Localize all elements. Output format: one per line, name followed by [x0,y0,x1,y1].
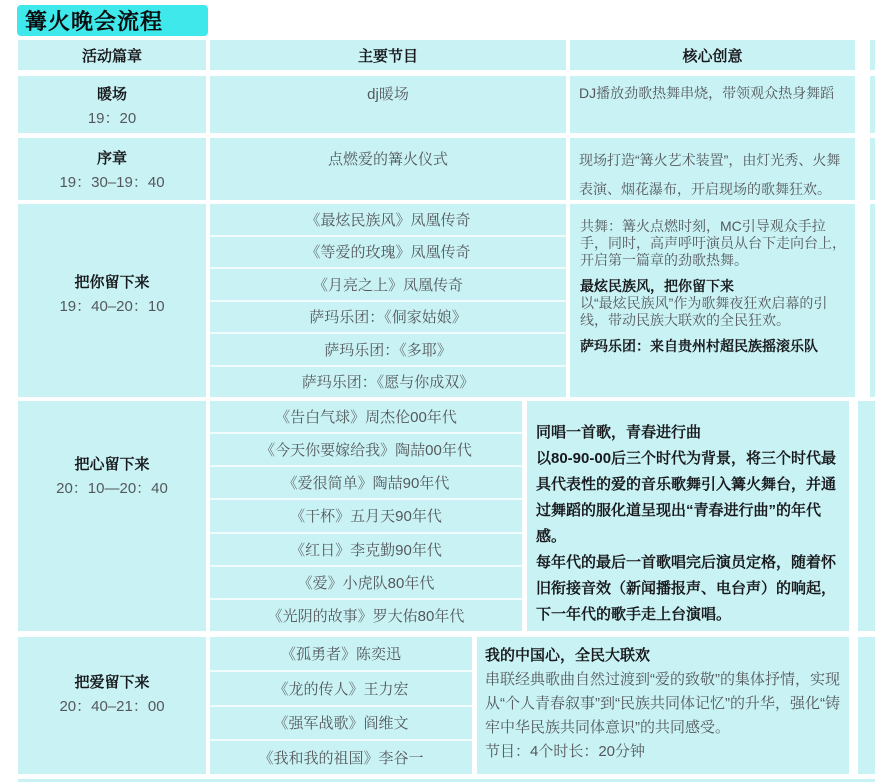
creative-paragraph: 现场打造“篝火艺术装置”，由灯光秀、火舞表演、烟花瀑布，开启现场的歌舞狂欢。 [579,146,849,200]
chapter-name: 把你留下来 [74,271,149,292]
table-edge-sliver [870,76,875,133]
section-row-keep-you: 把你留下来 19：40–20：10 《最炫民族风》凤凰传奇 《等爱的玫瑰》凤凰传… [18,204,875,397]
table-edge-sliver [870,40,875,70]
creative-cell: 我的中国心，全民大联欢 串联经典歌曲自然过渡到“爱的致敬”的集体抒情，实现从“个… [477,637,849,774]
programs-cell: dj暖场 [210,76,566,133]
programs-cell: 《最炫民族风》凤凰传奇 《等爱的玫瑰》凤凰传奇 《月亮之上》凤凰传奇 萨玛乐团：… [210,204,566,397]
program-item: 点燃爱的篝火仪式 [210,138,566,200]
chapter-time: 19：20 [88,107,136,128]
chapter-time: 19：30–19：40 [59,171,164,192]
chapter-cell: 暖场 19：20 [18,76,206,133]
programs-cell: 《告白气球》周杰伦00年代 《今天你要嫁给我》陶喆00年代 《爱很简单》陶喆90… [210,401,522,631]
table-edge-sliver [858,401,875,631]
program-item: 《爱》小虎队80年代 [210,567,522,600]
program-item: 《爱很简单》陶喆90年代 [210,467,522,500]
chapter-time: 19：40–20：10 [59,295,164,316]
chapter-time: 20：10—20：40 [56,477,168,498]
creative-paragraph: 以80-90-00后三个时代为背景，将三个时代最具代表性的爱的音乐歌舞引入篝火舞… [536,446,843,550]
creative-cell: 同唱一首歌，青春进行曲 以80-90-00后三个时代为背景，将三个时代最具代表性… [527,401,849,631]
column-header-programs: 主要节目 [210,40,566,70]
chapter-name: 序章 [97,147,127,168]
programs-cell: 点燃爱的篝火仪式 [210,138,566,200]
program-item: 《孤勇者》陈奕迅 [210,637,472,672]
chapter-cell: 把爱留下来 20：40–21：00 [18,637,206,774]
section-row-warmup: 暖场 19：20 dj暖场 DJ播放劲歌热舞串烧，带领观众热身舞蹈 [18,76,875,133]
chapter-name: 把爱留下来 [74,671,149,692]
program-item: dj暖场 [210,76,566,133]
program-item: 《龙的传人》王力宏 [210,672,472,707]
column-header-creative: 核心创意 [570,40,855,70]
document-page: 篝火晚会流程 活动篇章 主要节目 核心创意 暖场 19：20 dj暖场 DJ播放… [0,0,875,782]
programs-cell: 《孤勇者》陈奕迅 《龙的传人》王力宏 《强军战歌》阎维文 《我和我的祖国》李谷一 [210,637,472,774]
program-item: 萨玛乐团：《愿与你成双》 [210,367,566,398]
creative-paragraph: 最炫民族风，把你留下来 [580,278,850,295]
program-item: 萨玛乐团：《多耶》 [210,334,566,367]
program-item: 《今天你要嫁给我》陶喆00年代 [210,434,522,467]
creative-cell: 现场打造“篝火艺术装置”，由灯光秀、火舞表演、烟花瀑布，开启现场的歌舞狂欢。 [570,138,855,200]
chapter-cell: 把你留下来 19：40–20：10 [18,204,206,397]
program-item: 《强军战歌》阎维文 [210,707,472,742]
creative-paragraph: 萨玛乐团：来自贵州村超民族摇滚乐队 [580,338,850,355]
creative-paragraph: 每年代的最后一首歌唱完后演员定格，随着怀旧衔接音效（新闻播报声、电台声）的响起，… [536,550,843,628]
program-item: 《月亮之上》凤凰传奇 [210,269,566,302]
program-item: 萨玛乐团：《侗家姑娘》 [210,302,566,335]
program-item: 《光阴的故事》罗大佑80年代 [210,600,522,631]
table-edge-sliver [858,637,875,774]
creative-paragraph: 节目：4个时长：20分钟 [485,740,841,764]
chapter-name: 把心留下来 [74,453,149,474]
page-title: 篝火晚会流程 [25,5,163,36]
creative-paragraph: 共舞：篝火点燃时刻，MC引导观众手拉手，同时，高声呼吁演员从台下走向台上，开启第… [580,218,850,269]
section-row-keep-love: 把爱留下来 20：40–21：00 《孤勇者》陈奕迅 《龙的传人》王力宏 《强军… [18,637,875,774]
creative-paragraph: DJ播放劲歌热舞串烧，带领观众热身舞蹈 [579,82,850,104]
schedule-table: 活动篇章 主要节目 核心创意 暖场 19：20 dj暖场 DJ播放劲歌热舞串烧，… [18,40,875,782]
creative-cell: DJ播放劲歌热舞串烧，带领观众热身舞蹈 [570,76,855,133]
chapter-time: 20：40–21：00 [59,695,164,716]
chapter-cell: 把心留下来 20：10—20：40 [18,401,206,631]
creative-paragraph: 以“最炫民族风”作为歌舞夜狂欢启幕的引线，带动民族大联欢的全民狂欢。 [580,295,850,329]
table-edge-sliver [870,138,875,200]
creative-paragraph: 节目：7个 时长：30分钟 [536,628,843,631]
creative-paragraph: 同唱一首歌，青春进行曲 [536,420,843,446]
column-header-chapter: 活动篇章 [18,40,206,70]
program-item: 《告白气球》周杰伦00年代 [210,401,522,434]
program-item: 《最炫民族风》凤凰传奇 [210,204,566,237]
program-item: 《我和我的祖国》李谷一 [210,741,472,774]
program-item: 《干杯》五月天90年代 [210,500,522,533]
chapter-name: 暖场 [97,83,127,104]
creative-paragraph: 串联经典歌曲自然过渡到“爱的致敬”的集体抒情，实现从“个人青春叙事”到“民族共同… [485,668,841,740]
table-edge-sliver [870,204,875,397]
chapter-cell: 序章 19：30–19：40 [18,138,206,200]
table-header-row: 活动篇章 主要节目 核心创意 [18,40,875,70]
program-item: 《等爱的玫瑰》凤凰传奇 [210,237,566,270]
section-row-keep-heart: 把心留下来 20：10—20：40 《告白气球》周杰伦00年代 《今天你要嫁给我… [18,401,875,631]
creative-paragraph: 我的中国心，全民大联欢 [485,644,841,668]
creative-cell: 共舞：篝火点燃时刻，MC引导观众手拉手，同时，高声呼吁演员从台下走向台上，开启第… [570,204,855,397]
page-title-highlight: 篝火晚会流程 [17,5,208,36]
program-item: 《红日》李克勤90年代 [210,534,522,567]
section-row-prologue: 序章 19：30–19：40 点燃爱的篝火仪式 现场打造“篝火艺术装置”，由灯光… [18,138,875,200]
